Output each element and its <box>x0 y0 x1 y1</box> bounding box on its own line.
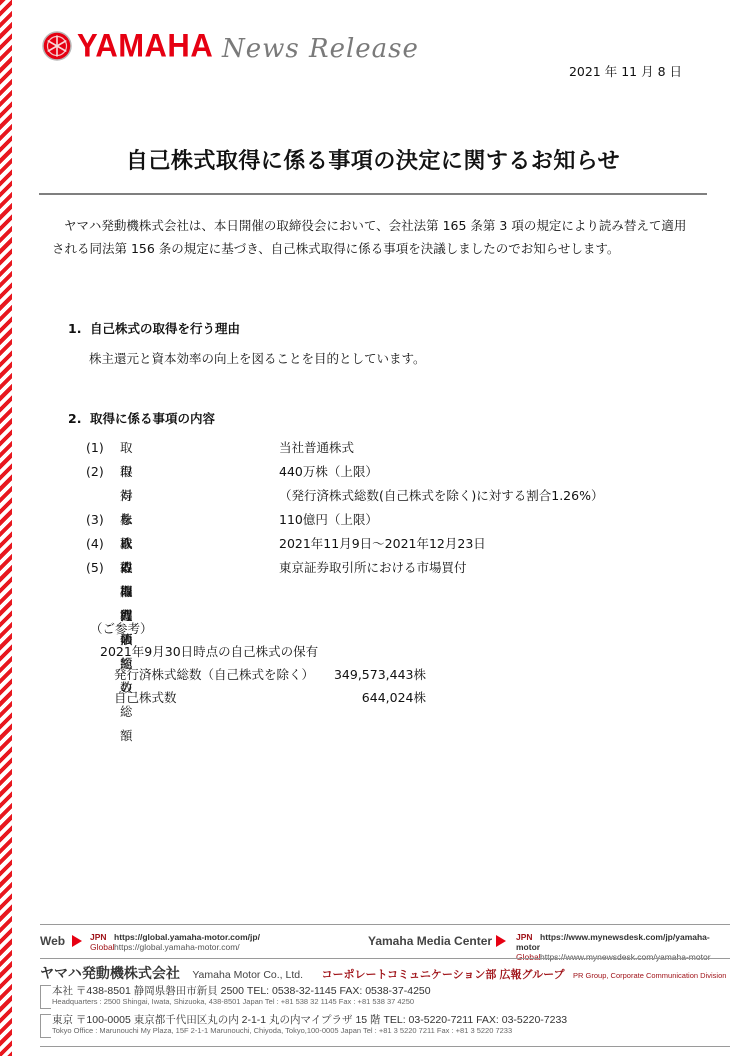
section-title: 自己株式の取得を行う理由 <box>90 321 240 336</box>
bracket-decoration <box>40 1014 51 1038</box>
news-release-label: News Release <box>222 34 419 64</box>
reference-value: 644,024株 <box>326 686 426 709</box>
global-tag: Global <box>90 942 114 952</box>
item-value: 当社普通株式 <box>279 436 354 460</box>
intro-paragraph: ヤマハ発動機株式会社は、本日開催の取締役会において、会社法第 165 条第 3 … <box>52 214 692 260</box>
item-number: (3) <box>86 508 116 532</box>
reference-heading: （ご参考） <box>86 617 318 640</box>
company-name-en: Yamaha Motor Co., Ltd. <box>192 969 303 981</box>
section-2-heading: 2.取得に係る事項の内容 <box>68 409 215 427</box>
global-tag: Global <box>516 952 540 962</box>
section-1-heading: 1.自己株式の取得を行う理由 <box>68 319 240 337</box>
item-value: 東京証券取引所における市場買付 <box>279 556 467 580</box>
item-number: (5) <box>86 556 116 580</box>
web-jpn-link[interactable]: https://global.yamaha-motor.com/jp/ <box>114 932 260 942</box>
web-urls: JPNhttps://global.yamaha-motor.com/jp/ G… <box>90 932 260 952</box>
reference-row: 発行済株式総数（自己株式を除く） 349,573,443株 <box>86 663 318 686</box>
reference-label: 発行済株式総数（自己株式を除く） <box>114 663 314 686</box>
reference-value: 349,573,443株 <box>326 663 426 686</box>
jpn-tag: JPN <box>90 932 114 942</box>
media-jpn-link[interactable]: https://www.mynewsdesk.com/jp/yamaha-mot… <box>516 932 710 952</box>
web-global-link[interactable]: https://global.yamaha-motor.com/ <box>114 942 240 952</box>
reference-block: （ご参考） 2021年9月30日時点の自己株式の保有 発行済株式総数（自己株式を… <box>86 617 318 709</box>
tuning-fork-emblem-icon <box>42 31 72 61</box>
section-number: 1. <box>68 321 90 336</box>
item-number: (1) <box>86 436 116 460</box>
reference-subheading: 2021年9月30日時点の自己株式の保有 <box>86 640 318 663</box>
item-number: (2) <box>86 460 116 484</box>
item-value: 2021年11月9日～2021年12月23日 <box>279 532 486 556</box>
section-1-body: 株主還元と資本効率の向上を図ることを目的としています。 <box>89 349 426 367</box>
yamaha-logo: YAMAHA <box>42 28 213 64</box>
footer-links: Web JPNhttps://global.yamaha-motor.com/j… <box>40 926 730 956</box>
section-title: 取得に係る事項の内容 <box>90 411 215 426</box>
office-address-jp: 本社 〒438-8501 静岡県磐田市新貝 2500 TEL: 0538-32-… <box>52 983 431 998</box>
item-note: （発行済株式総数(自己株式を除く)に対する割合1.26%） <box>279 484 603 508</box>
reference-label: 自己株式数 <box>114 686 177 709</box>
web-label: Web <box>40 934 65 948</box>
footer-divider <box>40 1046 730 1047</box>
jpn-tag: JPN <box>516 932 540 942</box>
reference-row: 自己株式数 644,024株 <box>86 686 318 709</box>
office-address-jp: 東京 〒100-0005 東京都千代田区丸の内 2-1-1 丸の内マイプラザ 1… <box>52 1012 567 1027</box>
brand-name: YAMAHA <box>77 27 213 65</box>
footer-divider <box>40 958 730 959</box>
office-address-en: Tokyo Office : Marunouchi My Plaza, 15F … <box>52 1026 512 1035</box>
item-value: 110億円（上限） <box>279 508 378 532</box>
item-value: 440万株（上限） <box>279 460 378 484</box>
page-title: 自己株式取得に係る事項の決定に関するお知らせ <box>0 144 746 175</box>
title-divider <box>39 193 707 195</box>
company-line: ヤマハ発動機株式会社 Yamaha Motor Co., Ltd. コーポレート… <box>40 963 726 983</box>
media-center-label: Yamaha Media Center <box>368 934 492 948</box>
bracket-decoration <box>40 985 51 1009</box>
office-address-en: Headquarters : 2500 Shingai, Iwata, Shiz… <box>52 997 414 1006</box>
division-en: PR Group, Corporate Communication Divisi… <box>573 971 726 980</box>
company-name-jp: ヤマハ発動機株式会社 <box>40 965 180 981</box>
play-arrow-icon <box>72 935 82 947</box>
media-global-link[interactable]: https://www.mynewsdesk.com/yamaha-motor <box>540 952 711 962</box>
footer-divider <box>40 924 730 925</box>
play-arrow-icon <box>496 935 506 947</box>
division-jp: コーポレートコミュニケーション部 広報グループ <box>321 969 564 981</box>
item-number: (4) <box>86 532 116 556</box>
release-date: 2021 年 11 月 8 日 <box>569 62 682 80</box>
section-number: 2. <box>68 411 90 426</box>
